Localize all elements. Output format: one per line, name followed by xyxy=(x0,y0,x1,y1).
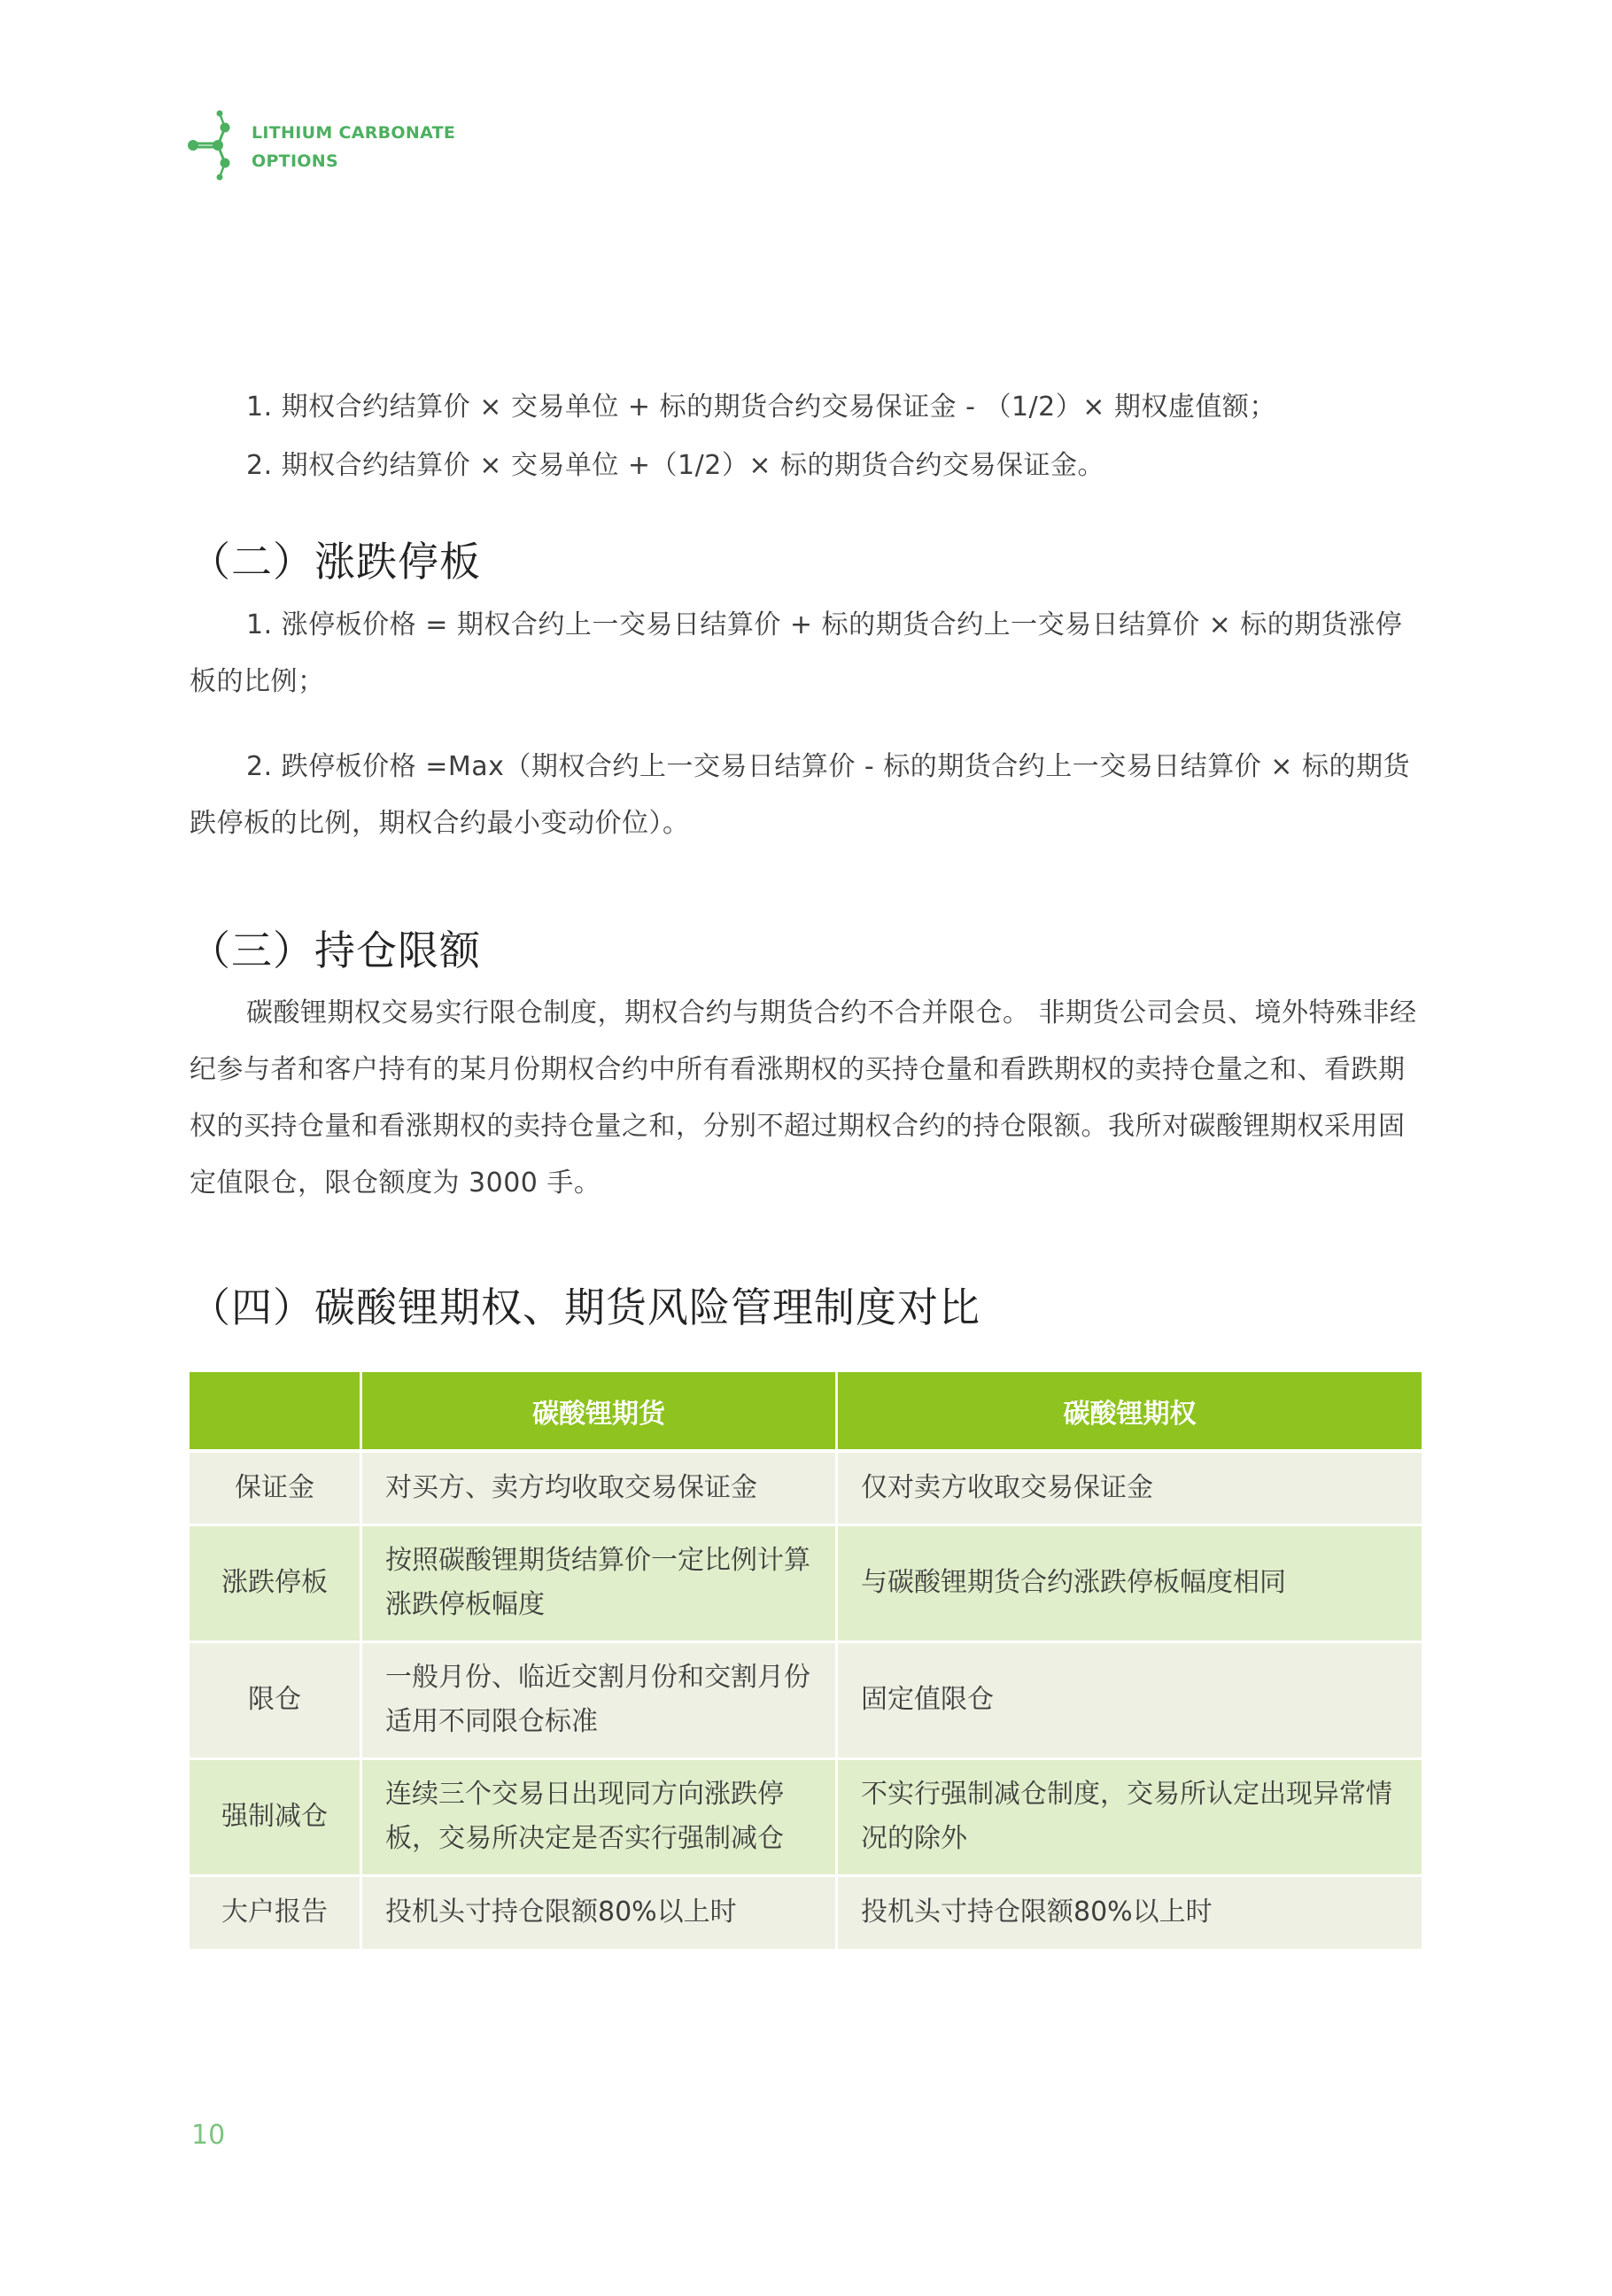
table-header-options: 碳酸锂期权 xyxy=(837,1372,1422,1451)
limit-down-text: 2. 跌停板价格 =Max（期权合约上一交易日结算价 - 标的期货合约上一交易日… xyxy=(190,739,1425,852)
options-cell: 仅对卖方收取交易保证金 xyxy=(837,1451,1422,1524)
options-cell: 固定值限仓 xyxy=(837,1641,1422,1758)
table-row: 涨跌停板 按照碳酸锂期货结算价一定比例计算涨跌停板幅度 与碳酸锂期货合约涨跌停板… xyxy=(190,1524,1422,1641)
row-label: 涨跌停板 xyxy=(190,1524,361,1641)
row-label: 保证金 xyxy=(190,1451,361,1524)
options-cell: 投机头寸持仓限额80%以上时 xyxy=(837,1875,1422,1950)
brand-logo: LITHIUM CARBONATE OPTIONS xyxy=(186,105,469,184)
futures-cell: 一般月份、临近交割月份和交割月份适用不同限仓标准 xyxy=(361,1641,837,1758)
table-header-futures: 碳酸锂期货 xyxy=(361,1372,837,1451)
table-row: 保证金 对买方、卖方均收取交易保证金 仅对卖方收取交易保证金 xyxy=(190,1451,1422,1524)
section-heading-limit: （二）涨跌停板 xyxy=(190,530,481,588)
brand-line-2: OPTIONS xyxy=(252,147,455,175)
brand-line-1: LITHIUM CARBONATE xyxy=(252,119,455,147)
table-header-blank xyxy=(190,1372,361,1451)
row-label: 强制减仓 xyxy=(190,1758,361,1875)
section-heading-comparison: （四）碳酸锂期权、期货风险管理制度对比 xyxy=(190,1276,980,1334)
futures-cell: 连续三个交易日出现同方向涨跌停板，交易所决定是否实行强制减仓 xyxy=(361,1758,837,1875)
brand-name: LITHIUM CARBONATE OPTIONS xyxy=(252,119,455,175)
formula-item-2: 2. 期权合约结算价 × 交易单位 +（1/2）× 标的期货合约交易保证金。 xyxy=(190,438,1425,494)
table-row: 限仓 一般月份、临近交割月份和交割月份适用不同限仓标准 固定值限仓 xyxy=(190,1641,1422,1758)
options-cell: 与碳酸锂期货合约涨跌停板幅度相同 xyxy=(837,1524,1422,1641)
limit-up-text: 1. 涨停板价格 = 期权合约上一交易日结算价 + 标的期货合约上一交易日结算价… xyxy=(190,597,1425,710)
futures-cell: 按照碳酸锂期货结算价一定比例计算涨跌停板幅度 xyxy=(361,1524,837,1641)
table-row: 强制减仓 连续三个交易日出现同方向涨跌停板，交易所决定是否实行强制减仓 不实行强… xyxy=(190,1758,1422,1875)
options-cell: 不实行强制减仓制度，交易所认定出现异常情况的除外 xyxy=(837,1758,1422,1875)
comparison-table: 碳酸锂期货 碳酸锂期权 保证金 对买方、卖方均收取交易保证金 仅对卖方收取交易保… xyxy=(190,1372,1422,1951)
section-heading-position-limit: （三）持仓限额 xyxy=(190,919,481,977)
row-label: 限仓 xyxy=(190,1641,361,1758)
molecule-icon xyxy=(186,105,239,184)
formula-item-1: 1. 期权合约结算价 × 交易单位 + 标的期货合约交易保证金 - （1/2）×… xyxy=(190,379,1425,436)
futures-cell: 对买方、卖方均收取交易保证金 xyxy=(361,1451,837,1524)
table-row: 大户报告 投机头寸持仓限额80%以上时 投机头寸持仓限额80%以上时 xyxy=(190,1875,1422,1950)
position-limit-text: 碳酸锂期权交易实行限仓制度，期权合约与期货合约不合并限仓。 非期货公司会员、境外… xyxy=(190,985,1425,1212)
row-label: 大户报告 xyxy=(190,1875,361,1950)
futures-cell: 投机头寸持仓限额80%以上时 xyxy=(361,1875,837,1950)
page-number: 10 xyxy=(191,2120,225,2151)
table-header-row: 碳酸锂期货 碳酸锂期权 xyxy=(190,1372,1422,1451)
